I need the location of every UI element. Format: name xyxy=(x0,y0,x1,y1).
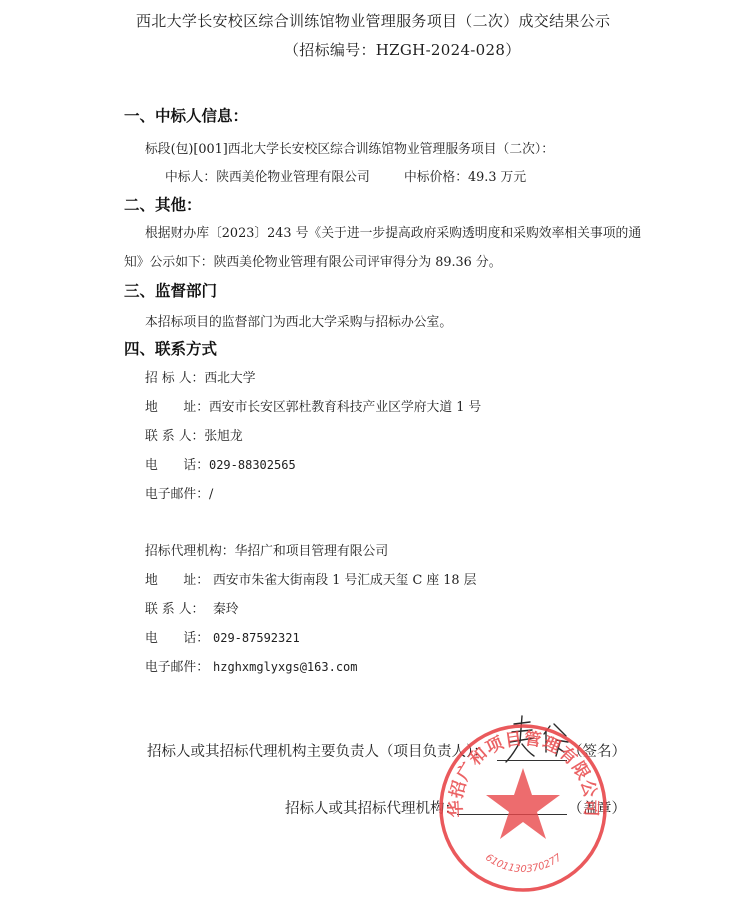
contact-value: 华招广和项目管理有限公司 xyxy=(235,544,389,559)
section-heading-contact: 四、联系方式 xyxy=(124,337,217,359)
price-value: 49.3 万元 xyxy=(468,170,526,185)
other-text-line1: 根据财办库〔2023〕243 号《关于进一步提高政府采购透明度和采购效率相关事项… xyxy=(145,222,641,241)
contact-label: 电 话： xyxy=(145,627,213,646)
tenderer-address-row: 地 址：西安市长安区郭杜教育科技产业区学府大道 1 号 xyxy=(145,396,481,415)
seal-number: 6101130370277 xyxy=(483,852,564,875)
tenderer-phone-row: 电 话：029-88302565 xyxy=(145,454,296,473)
tenderer-contact-row: 联 系 人：张旭龙 xyxy=(145,425,243,444)
section-heading-supervision: 三、监督部门 xyxy=(124,279,217,301)
contact-value: 张旭龙 xyxy=(204,429,242,444)
winner-row: 中标人：陕西美伦物业管理有限公司 xyxy=(165,166,370,185)
contact-label: 电 话： xyxy=(145,454,209,473)
contact-label: 电子邮件： xyxy=(145,483,209,502)
agency-name-row: 招标代理机构：华招广和项目管理有限公司 xyxy=(145,540,388,559)
contact-value: 029-88302565 xyxy=(209,458,296,472)
price-row: 中标价格：49.3 万元 xyxy=(404,166,526,185)
official-seal-icon: 华招广和项目管理有限公司 6101130370277 xyxy=(436,720,611,895)
seal-label: 招标人或其招标代理机构： xyxy=(285,797,459,818)
contact-label: 电子邮件： xyxy=(145,656,213,675)
winner-name: 陕西美伦物业管理有限公司 xyxy=(216,170,370,185)
agency-address-row: 地 址：西安市朱雀大街南段 1 号汇成天玺 C 座 18 层 xyxy=(145,569,476,588)
winner-label: 中标人： xyxy=(165,170,216,185)
agency-phone-row: 电 话：029-87592321 xyxy=(145,627,300,646)
contact-value: / xyxy=(209,487,213,502)
contact-value: 029-87592321 xyxy=(213,631,300,645)
section-heading-winner: 一、中标人信息： xyxy=(124,104,248,126)
price-label: 中标价格： xyxy=(404,170,468,185)
document-title: 西北大学长安校区综合训练馆物业管理服务项目（二次）成交结果公示 xyxy=(136,10,610,31)
other-text-line2: 知》公示如下：陕西美伦物业管理有限公司评审得分为 89.36 分。 xyxy=(124,251,502,270)
contact-label: 联 系 人： xyxy=(145,598,213,617)
tender-number: （招标编号：HZGH-2024-028） xyxy=(284,39,521,60)
contact-label: 招 标 人： xyxy=(145,367,204,386)
agency-contact-row: 联 系 人：秦玲 xyxy=(145,598,239,617)
contact-label: 地 址： xyxy=(145,569,213,588)
agency-email-row: 电子邮件：hzghxmglyxgs@163.com xyxy=(145,656,358,675)
lot-description: 标段(包)[001]西北大学长安校区综合训练馆物业管理服务项目（二次）： xyxy=(145,138,554,157)
supervision-text: 本招标项目的监督部门为西北大学采购与招标办公室。 xyxy=(145,311,452,330)
contact-value: 秦玲 xyxy=(213,602,239,617)
contact-label: 地 址： xyxy=(145,396,209,415)
tenderer-email-row: 电子邮件：/ xyxy=(145,483,213,502)
tenderer-name-row: 招 标 人：西北大学 xyxy=(145,367,256,386)
contact-value: 西北大学 xyxy=(204,371,255,386)
contact-label: 联 系 人： xyxy=(145,425,204,444)
contact-value: hzghxmglyxgs@163.com xyxy=(213,660,358,674)
contact-value: 西安市朱雀大街南段 1 号汇成天玺 C 座 18 层 xyxy=(213,573,476,588)
contact-label: 招标代理机构： xyxy=(145,540,235,559)
section-heading-other: 二、其他： xyxy=(124,193,202,215)
contact-value: 西安市长安区郭杜教育科技产业区学府大道 1 号 xyxy=(209,400,481,415)
svg-text:6101130370277: 6101130370277 xyxy=(483,852,564,875)
